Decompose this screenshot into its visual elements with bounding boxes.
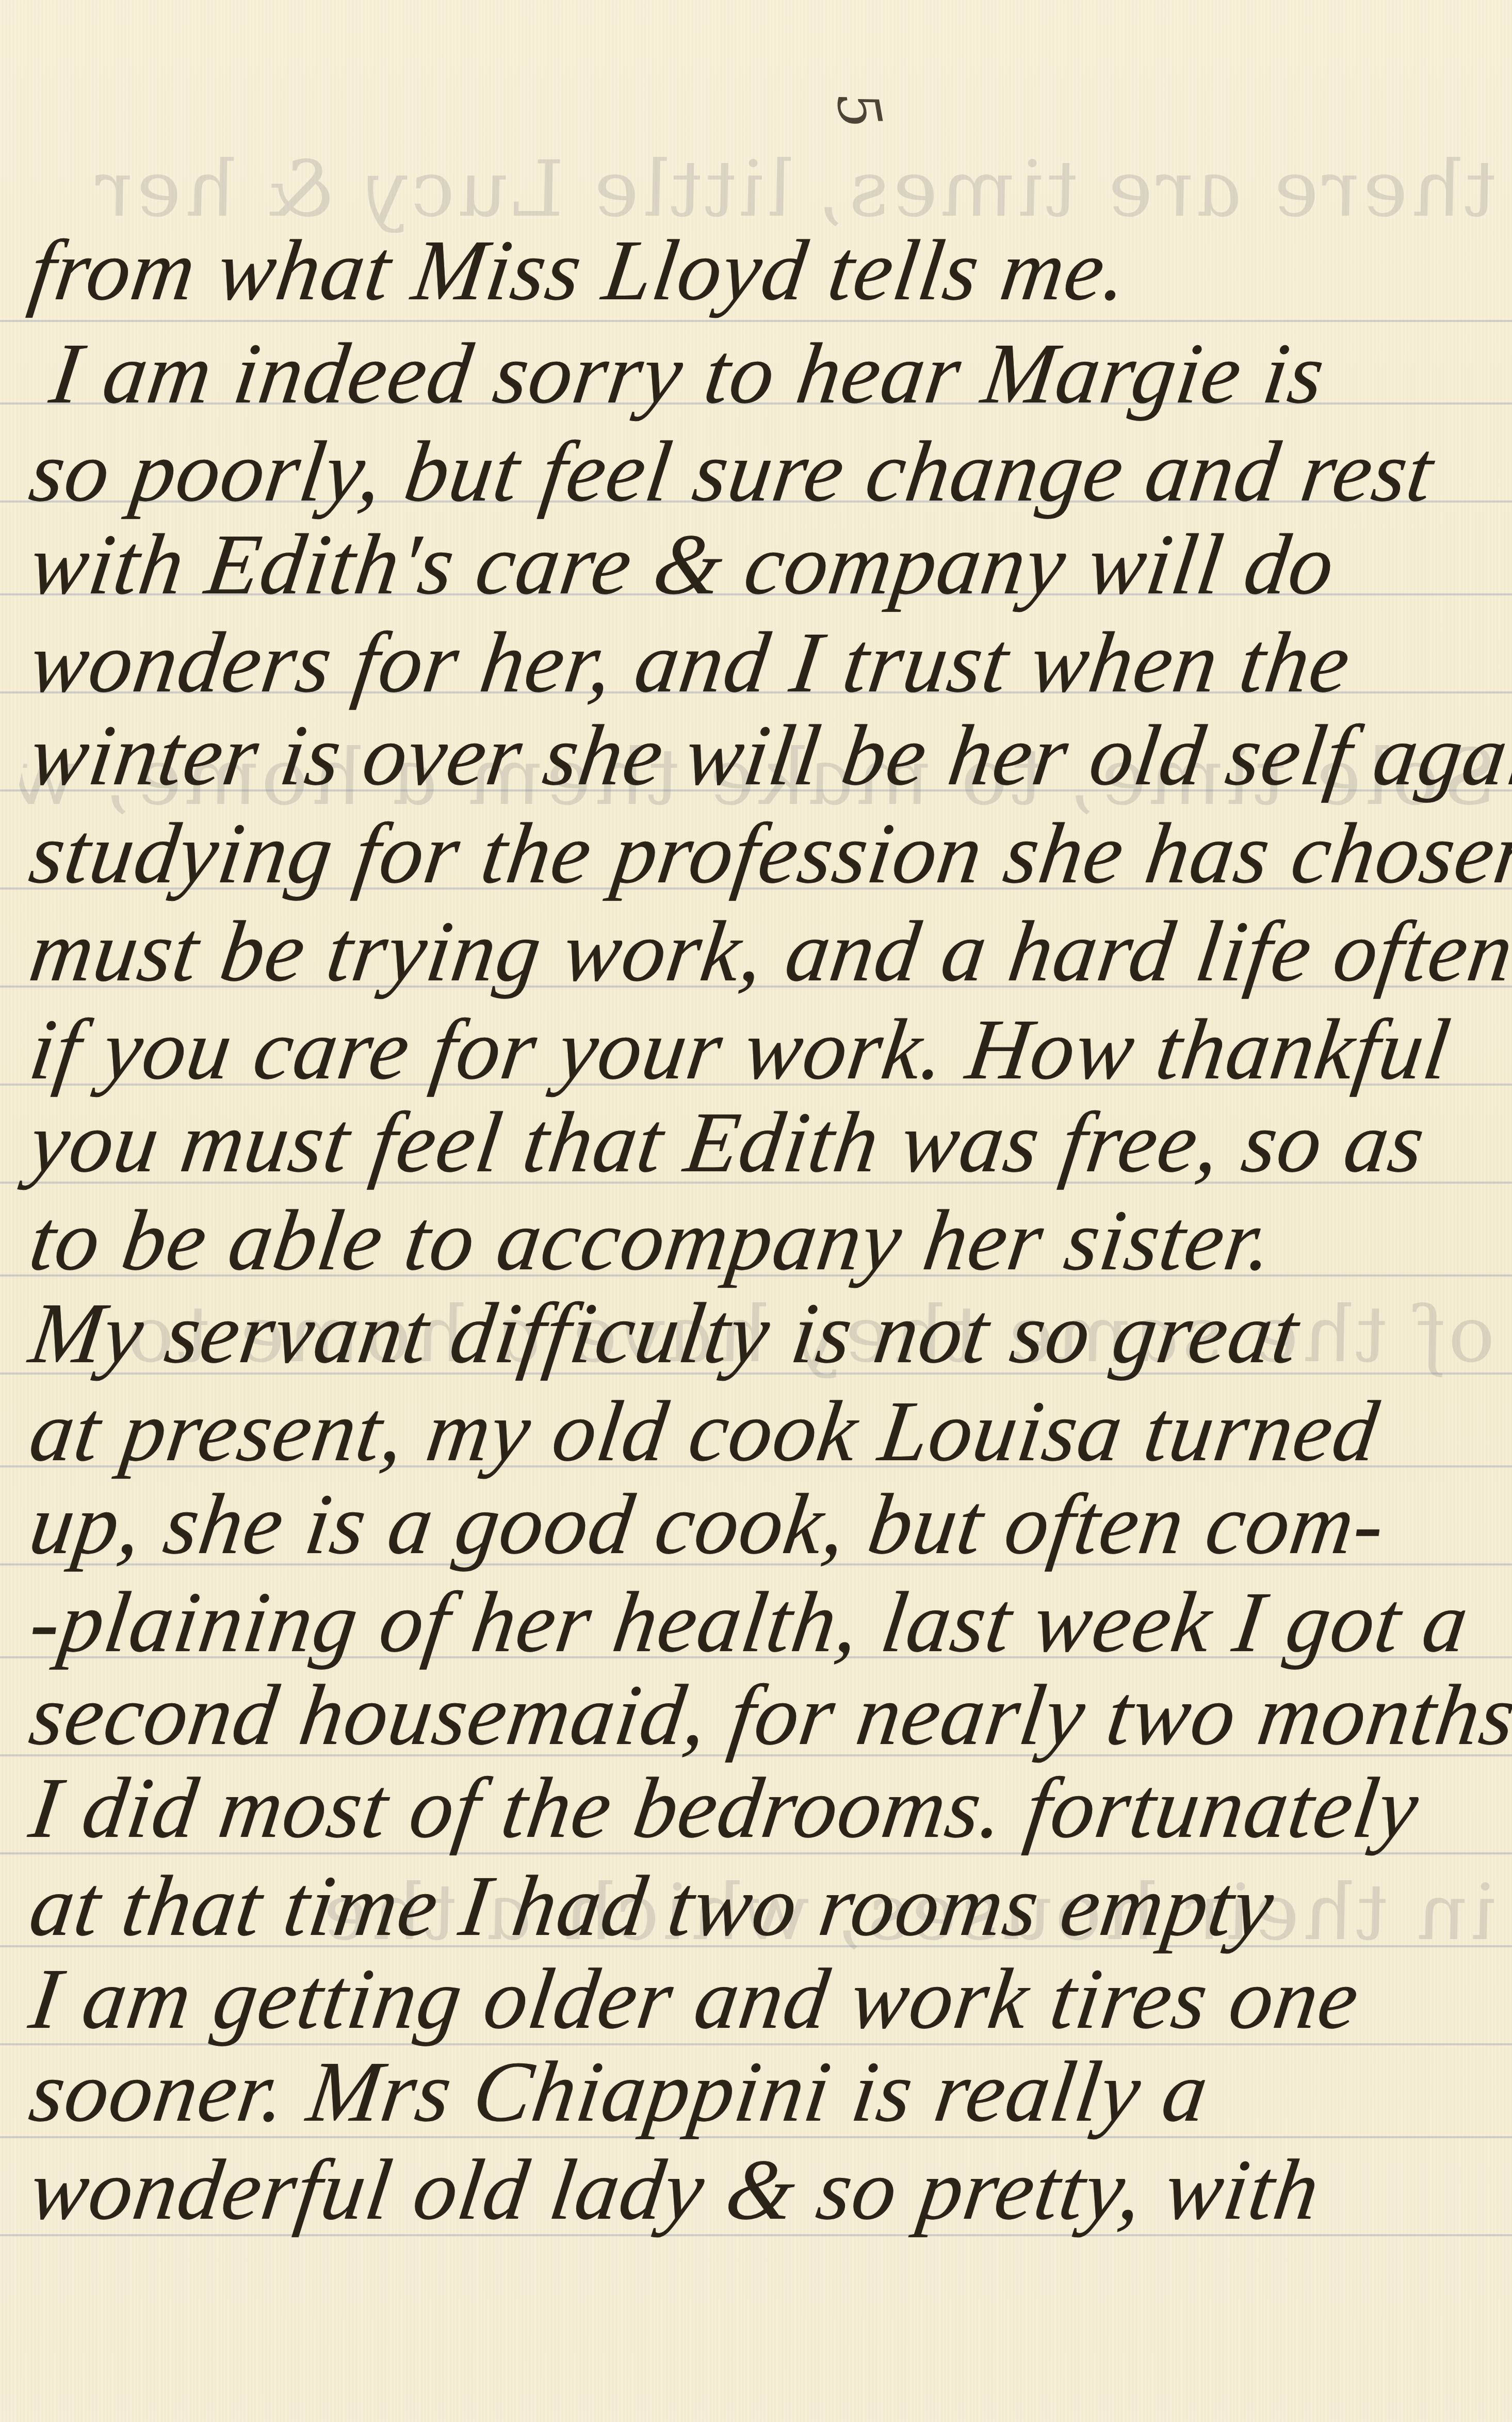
page-number: 5 — [823, 87, 895, 134]
letter-line: I am indeed sorry to hear Margie is — [45, 330, 1512, 417]
letter-line: second housemaid, for nearly two months — [25, 1672, 1507, 1758]
letter-line: if you care for your work. How thankful — [25, 1006, 1507, 1093]
letter-line: winter is over she will be her old self … — [25, 712, 1507, 799]
bleed-through-text: there are times, little Lucy & her — [11, 144, 1506, 234]
letter-line: with Edith's care & company will do — [25, 521, 1507, 608]
ruled-line — [0, 320, 1512, 322]
letter-line: I did most of the bedrooms. fortunately — [25, 1765, 1507, 1851]
letter-line: at that time I had two rooms empty — [25, 1863, 1507, 1949]
letter-line: My servant difficulty is not so great — [25, 1290, 1507, 1377]
letter-line: wonderful old lady & so pretty, with — [25, 2146, 1507, 2233]
letter-line: sooner. Mrs Chiappini is really a — [25, 2048, 1507, 2135]
letter-line: studying for the profession she has chos… — [25, 810, 1507, 897]
letter-line: wonders for her, and I trust when the — [25, 619, 1507, 706]
letter-line: from what Miss Lloyd tells me. — [25, 227, 1507, 314]
letter-page: there are times, little Lucy & her Sole … — [0, 0, 1512, 2422]
letter-line: I am getting older and work tires one — [25, 1956, 1507, 2042]
letter-line: up, she is a good cook, but often com- — [25, 1481, 1507, 1568]
letter-line: you must feel that Edith was free, so as — [25, 1099, 1507, 1186]
letter-line: at present, my old cook Louisa turned — [25, 1388, 1507, 1475]
letter-line: must be trying work, and a hard life oft… — [25, 908, 1507, 995]
letter-line: to be able to accompany her sister. — [25, 1197, 1507, 1284]
letter-line: -plaining of her health, last week I got… — [25, 1579, 1507, 1666]
letter-line: so poorly, but feel sure change and rest — [25, 428, 1507, 515]
